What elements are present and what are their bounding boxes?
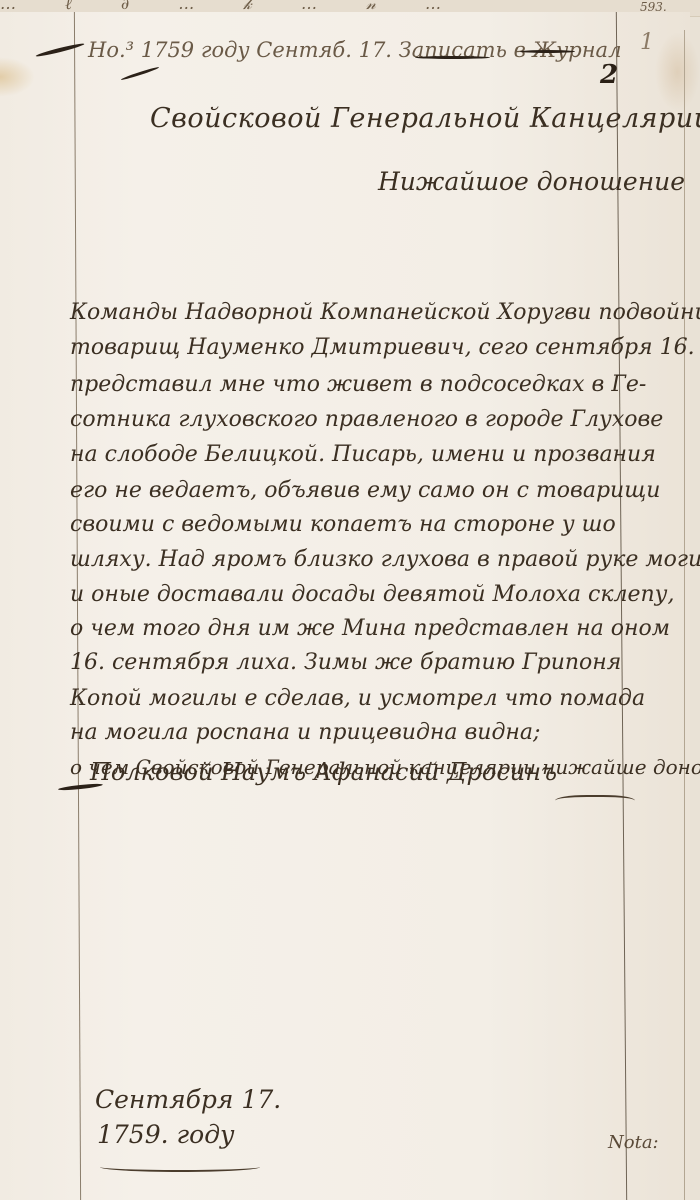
- body-line: его не ведаетъ, объявив ему само он с то…: [70, 478, 660, 503]
- body-line: сотника глуховского правленого в городе …: [70, 407, 663, 432]
- date-flourish: [100, 1162, 260, 1172]
- underlying-page-text: … ℓ ∂ … 𝓀 … 𝓃 …: [0, 0, 700, 10]
- body-line: о чем того дня им же Мина представлен на…: [70, 616, 670, 641]
- closing-date-month-day: Сентября 17.: [95, 1085, 281, 1114]
- body-line: 16. сентября лиха. Зимы же братию Грипон…: [70, 650, 621, 675]
- corner-folio-mark: 1: [640, 30, 654, 55]
- body-line: представил мне что живет в подсоседках в…: [70, 372, 646, 397]
- page-edge-line: [684, 30, 685, 1200]
- underline-stroke: [415, 56, 490, 59]
- closing-date-year: 1759. году: [97, 1120, 235, 1149]
- page-number: 2: [600, 60, 618, 90]
- body-line: Копой могилы е сделав, и усмотрел что по…: [70, 686, 645, 711]
- body-line: и оные доставали досады девятой Молоха с…: [70, 582, 674, 607]
- body-line: Команды Надворной Компанейской Хоругви п…: [70, 300, 700, 325]
- nota-mark: Nota:: [608, 1132, 659, 1153]
- document-title: Нижайшое доношение: [378, 167, 685, 196]
- body-line: товарищ Науменко Дмитриевич, сего сентяб…: [70, 335, 695, 360]
- signature-flourish: [555, 795, 635, 809]
- underline-stroke: [520, 50, 575, 53]
- paper-stain: [655, 32, 700, 112]
- body-line: своими с ведомыми копаетъ на стороне у ш…: [70, 512, 616, 537]
- body-line: на могила роспана и прицевидна видна;: [70, 720, 540, 745]
- body-line: шляху. Над яромъ близко глухова в правой…: [70, 547, 700, 572]
- paper-stain: [0, 57, 35, 97]
- document-addressee: Свойсковой Генеральной Канцелярии: [150, 103, 700, 134]
- body-line: на слободе Белицкой. Писарь, имени и про…: [70, 442, 656, 467]
- signature: Полковой Наумъ Афанасий Дросинъ: [90, 758, 557, 786]
